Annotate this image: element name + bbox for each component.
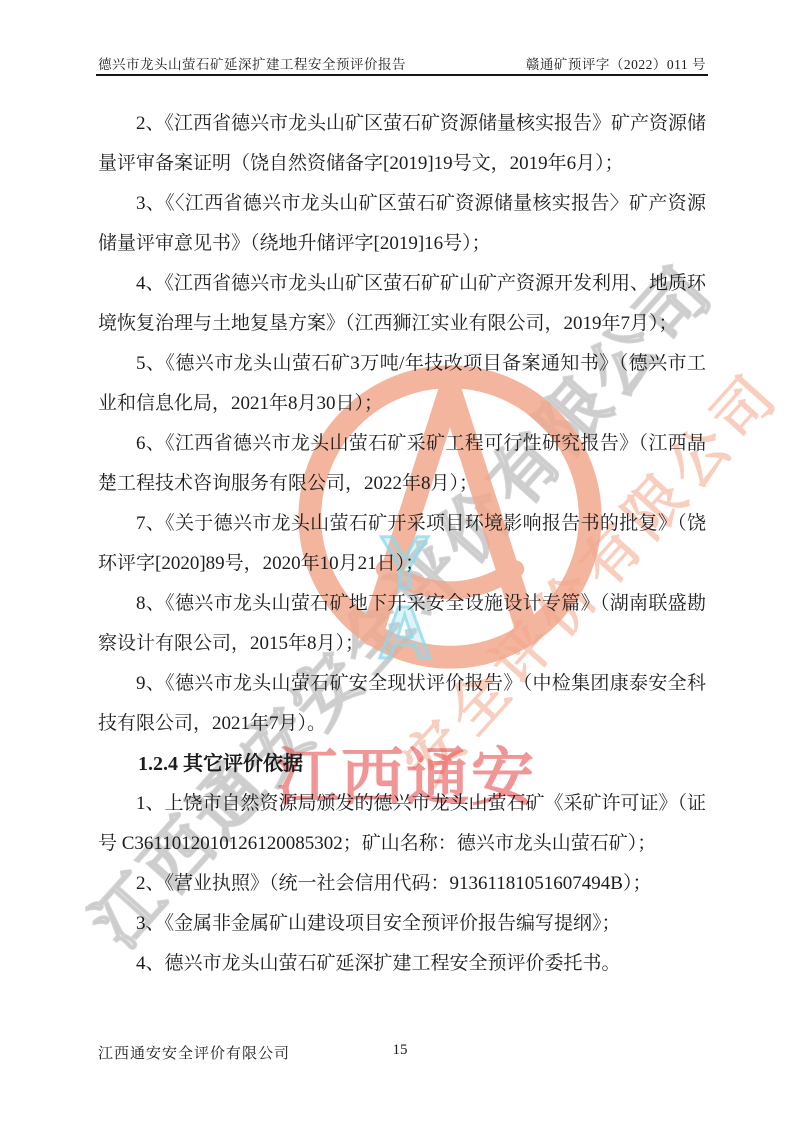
header-report-title: 德兴市龙头山萤石矿延深扩建工程安全预评价报告 [98,53,406,73]
reference-item: 3、《〈江西省德兴市龙头山矿区萤石矿资源储量核实报告〉矿产资源储量评审意见书》（… [98,184,706,264]
reference-item: 5、《德兴市龙头山萤石矿3万吨/年技改项目备案通知书》（德兴市工业和信息化局，2… [98,344,706,424]
document-body: 2、《江西省德兴市龙头山矿区萤石矿资源储量核实报告》矿产资源储量评审备案证明（饶… [98,104,706,984]
reference-item: 6、《江西省德兴市龙头山萤石矿采矿工程可行性研究报告》（江西晶楚工程技术咨询服务… [98,424,706,504]
section-item: 3、《金属非金属矿山建设项目安全预评价报告编写提纲》； [98,904,706,944]
reference-item: 2、《江西省德兴市龙头山矿区萤石矿资源储量核实报告》矿产资源储量评审备案证明（饶… [98,104,706,184]
reference-item: 8、《德兴市龙头山萤石矿地下开采安全设施设计专篇》（湖南联盛勘察设计有限公司，2… [98,584,706,664]
section-item: 1、上饶市自然资源局颁发的德兴市龙头山萤石矿《采矿许可证》（证号 C361101… [98,784,706,864]
document-content: 德兴市龙头山萤石矿延深扩建工程安全预评价报告 赣通矿预评字（2022）011 号… [0,0,800,1131]
section-heading-1-2-4: 1.2.4 其它评价依据 [98,744,706,784]
section-item: 4、德兴市龙头山萤石矿延深扩建工程安全预评价委托书。 [98,944,706,984]
header-rule [96,74,708,76]
footer-page-number: 15 [0,1042,800,1059]
reference-item: 4、《江西省德兴市龙头山矿区萤石矿矿山矿产资源开发利用、地质环境恢复治理与土地复… [98,264,706,344]
page-header: 德兴市龙头山萤石矿延深扩建工程安全预评价报告 赣通矿预评字（2022）011 号 [98,53,706,73]
header-doc-number: 赣通矿预评字（2022）011 号 [526,53,706,73]
report-page: 江西通安安全评价有限公司 安全评价有限公司 Y A 江西通安 德兴市龙头山萤石矿… [0,0,800,1131]
reference-item: 9、《德兴市龙头山萤石矿安全现状评价报告》（中检集团康泰安全科技有限公司，202… [98,664,706,744]
section-item: 2、《营业执照》（统一社会信用代码：91361181051607494B）； [98,864,706,904]
reference-item: 7、《关于德兴市龙头山萤石矿开采项目环境影响报告书的批复》（饶环评字[2020]… [98,504,706,584]
